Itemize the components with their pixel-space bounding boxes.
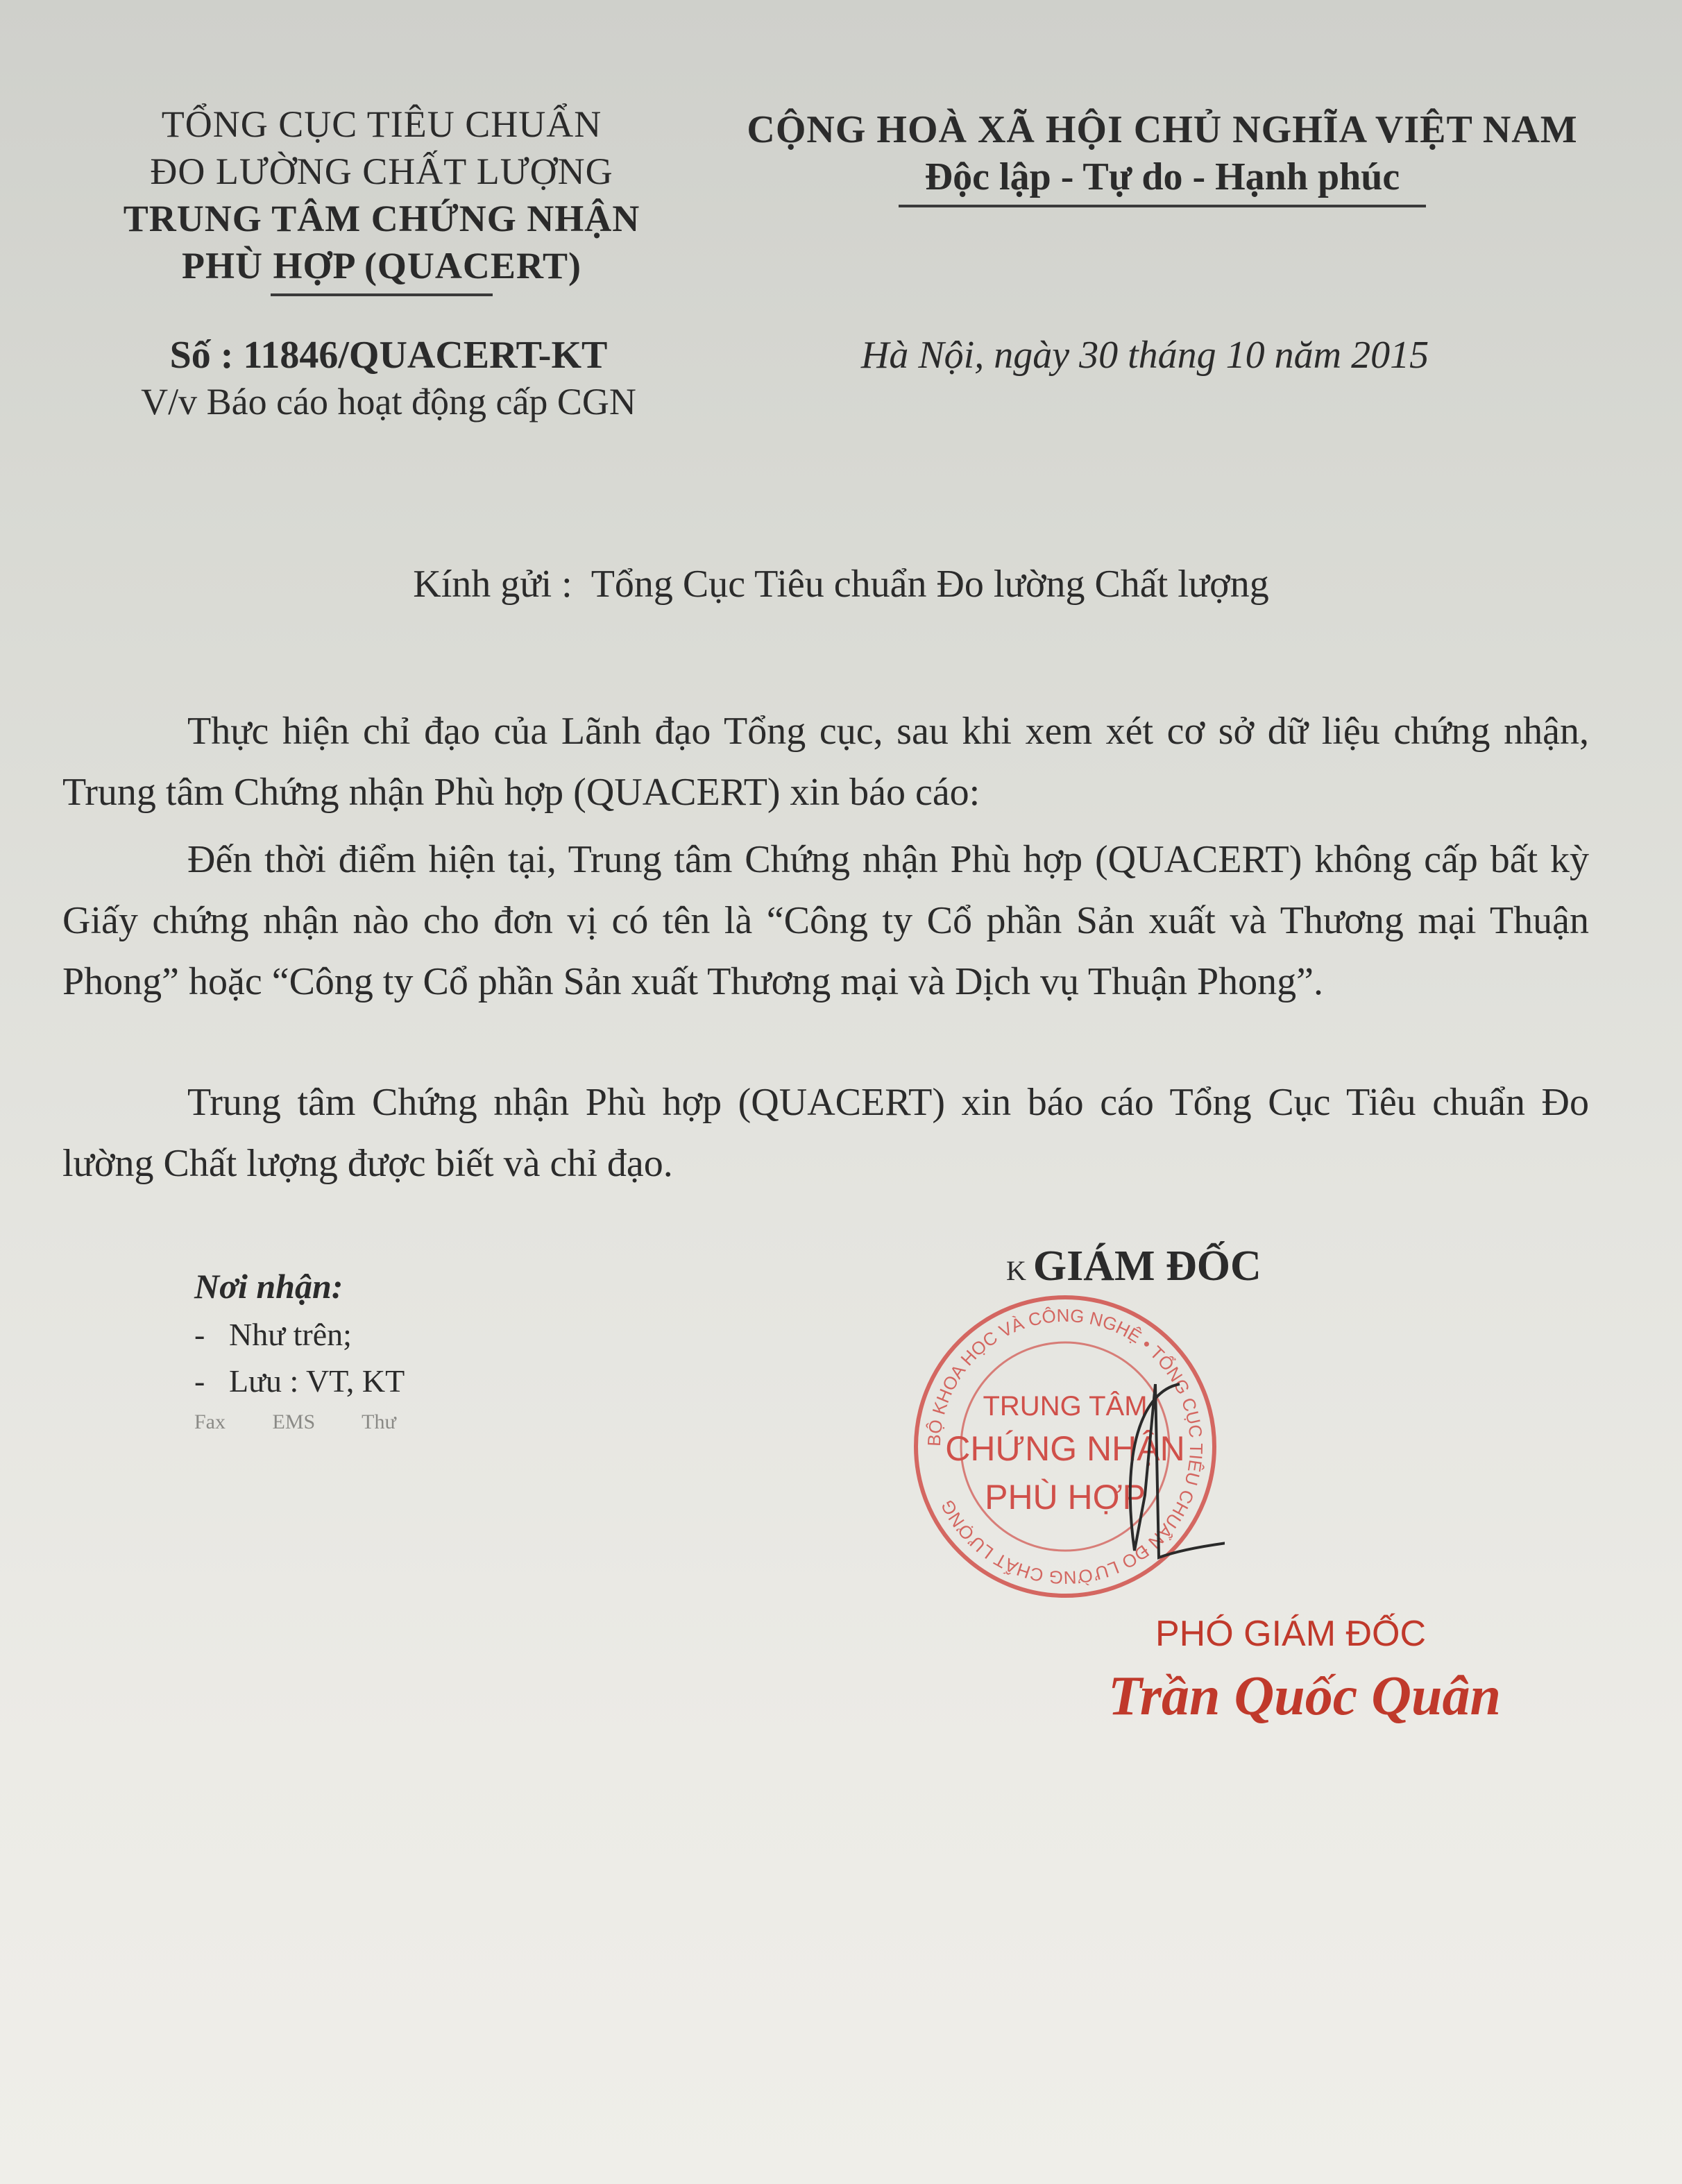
- delivery-method-footnote: Fax EMS Thư: [194, 1410, 405, 1434]
- distribution-title: Nơi nhận:: [194, 1266, 405, 1306]
- national-header: CỘNG HOÀ XÃ HỘI CHỦ NGHĨA VIỆT NAM Độc l…: [729, 108, 1596, 207]
- motto-underline: [899, 205, 1426, 207]
- authority-line-2: ĐO LƯỜNG CHẤT LƯỢNG: [83, 148, 680, 195]
- on-behalf-prefix: K: [1006, 1255, 1026, 1286]
- document-date: Hà Nội, ngày 30 tháng 10 năm 2015: [763, 333, 1527, 377]
- signatory-name: Trần Quốc Quân: [1062, 1665, 1547, 1728]
- signatory-role: PHÓ GIÁM ĐỐC: [1082, 1613, 1499, 1655]
- nation-name: CỘNG HOÀ XÃ HỘI CHỦ NGHĨA VIỆT NAM: [729, 108, 1596, 152]
- recipient-name: Tổng Cục Tiêu chuẩn Đo lường Chất lượng: [591, 563, 1269, 606]
- svg-text:TRUNG TÂM: TRUNG TÂM: [983, 1390, 1147, 1422]
- authority-line-3: TRUNG TÂM CHỨNG NHẬN: [83, 195, 680, 242]
- body-paragraph: Thực hiện chỉ đạo của Lãnh đạo Tổng cục,…: [62, 701, 1589, 823]
- official-seal-stamp: BỘ KHOA HỌC VÀ CÔNG NGHỆ • TỔNG CỤC TIÊU…: [906, 1287, 1225, 1606]
- authority-line-1: TỔNG CỤC TIÊU CHUẨN: [83, 101, 680, 148]
- document-subject: V/v Báo cáo hoạt động cấp CGN: [83, 380, 694, 423]
- authority-line-4: PHÙ HỢP (QUACERT): [83, 242, 680, 289]
- national-motto: Độc lập - Tự do - Hạnh phúc: [729, 155, 1596, 199]
- signatory-title: KGIÁM ĐỐC: [1006, 1242, 1261, 1291]
- header-underline: [271, 293, 493, 296]
- distribution-item: Lưu : VT, KT: [194, 1363, 405, 1399]
- body-paragraph: Trung tâm Chứng nhận Phù hợp (QUACERT) x…: [62, 1072, 1589, 1194]
- document-number: Số : 11846/QUACERT-KT: [97, 333, 680, 377]
- recipient-line: Kính gửi : Tổng Cục Tiêu chuẩn Đo lường …: [0, 562, 1682, 606]
- distribution-list: Nơi nhận: Như trên; Lưu : VT, KT Fax EMS…: [194, 1266, 405, 1434]
- director-title: GIÁM ĐỐC: [1033, 1243, 1261, 1290]
- recipient-label: Kính gửi :: [413, 563, 572, 606]
- distribution-item: Như trên;: [194, 1316, 405, 1353]
- body-paragraph: Đến thời điểm hiện tại, Trung tâm Chứng …: [62, 829, 1589, 1012]
- svg-text:PHÙ HỢP: PHÙ HỢP: [985, 1478, 1146, 1517]
- issuing-authority-header: TỔNG CỤC TIÊU CHUẨN ĐO LƯỜNG CHẤT LƯỢNG …: [83, 101, 680, 296]
